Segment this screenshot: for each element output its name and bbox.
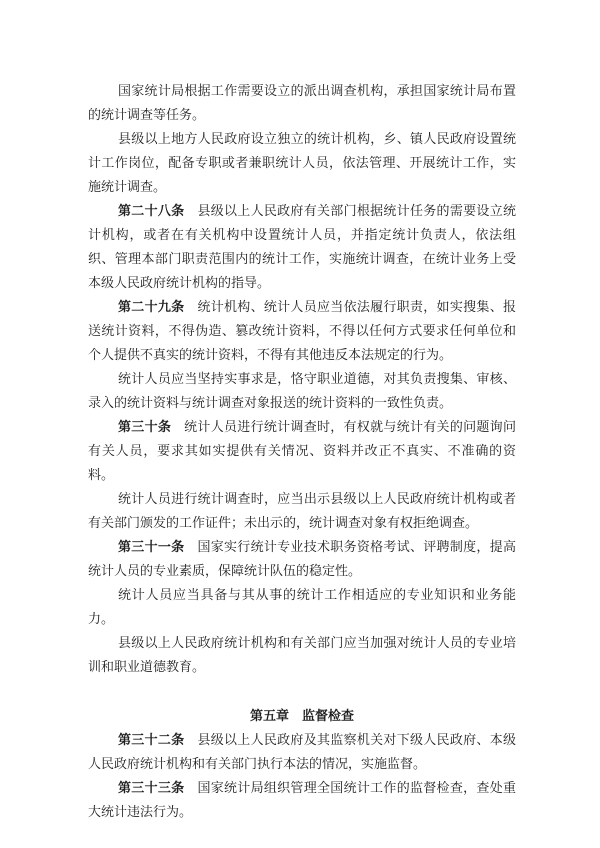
- paragraph: 统计人员应当坚持实事求是，恪守职业道德，对其负责搜集、审核、录入的统计资料与统计…: [88, 367, 516, 415]
- paragraph-text: 统计人员应当具备与其从事的统计工作相适应的专业知识和业务能力。: [88, 587, 516, 626]
- chapter-heading: 第五章监督检查: [88, 704, 516, 728]
- paragraph-text: 统计人员应当坚持实事求是，恪守职业道德，对其负责搜集、审核、录入的统计资料与统计…: [88, 371, 516, 410]
- article-number: 第二十八条: [118, 203, 184, 218]
- paragraph-article-31: 第三十一条国家实行统计专业技术职务资格考试、评聘制度，提高统计人员的专业素质，保…: [88, 535, 516, 583]
- chapter-number: 第五章: [250, 708, 289, 723]
- article-number: 第三十二条: [118, 732, 184, 747]
- article-number: 第三十条: [118, 419, 171, 434]
- paragraph-text: 统计人员进行统计调查时，应当出示县级以上人民政府统计机构或者有关部门颁发的工作证…: [88, 491, 516, 530]
- paragraph-article-33: 第三十三条国家统计局组织管理全国统计工作的监督检查，查处重大统计违法行为。: [88, 776, 516, 824]
- paragraph-article-32: 第三十二条县级以上人民政府及其监察机关对下级人民政府、本级人民政府统计机构和有关…: [88, 728, 516, 776]
- document-page: 国家统计局根据工作需要设立的派出调查机构，承担国家统计局布置的统计调查等任务。 …: [0, 0, 600, 848]
- paragraph-text: 县级以上人民政府统计机构和有关部门应当加强对统计人员的专业培训和职业道德教育。: [88, 635, 516, 674]
- paragraph: 统计人员应当具备与其从事的统计工作相适应的专业知识和业务能力。: [88, 583, 516, 631]
- paragraph: 县级以上地方人民政府设立独立的统计机构，乡、镇人民政府设置统计工作岗位，配备专职…: [88, 127, 516, 199]
- paragraph-text: 国家统计局根据工作需要设立的派出调查机构，承担国家统计局布置的统计调查等任务。: [88, 83, 516, 122]
- paragraph: 县级以上人民政府统计机构和有关部门应当加强对统计人员的专业培训和职业道德教育。: [88, 631, 516, 679]
- article-number: 第三十三条: [118, 780, 184, 795]
- article-number: 第三十一条: [118, 539, 184, 554]
- paragraph-article-28: 第二十八条县级以上人民政府有关部门根据统计任务的需要设立统计机构，或者在有关机构…: [88, 199, 516, 295]
- paragraph-article-29: 第二十九条统计机构、统计人员应当依法履行职责，如实搜集、报送统计资料，不得伪造、…: [88, 295, 516, 367]
- paragraph: 统计人员进行统计调查时，应当出示县级以上人民政府统计机构或者有关部门颁发的工作证…: [88, 487, 516, 535]
- paragraph-text: 县级以上地方人民政府设立独立的统计机构，乡、镇人民政府设置统计工作岗位，配备专职…: [88, 131, 516, 194]
- paragraph-article-30: 第三十条统计人员进行统计调查时，有权就与统计有关的问题询问有关人员，要求其如实提…: [88, 415, 516, 487]
- chapter-title: 监督检查: [302, 708, 354, 723]
- paragraph: 国家统计局根据工作需要设立的派出调查机构，承担国家统计局布置的统计调查等任务。: [88, 79, 516, 127]
- article-number: 第二十九条: [118, 299, 184, 314]
